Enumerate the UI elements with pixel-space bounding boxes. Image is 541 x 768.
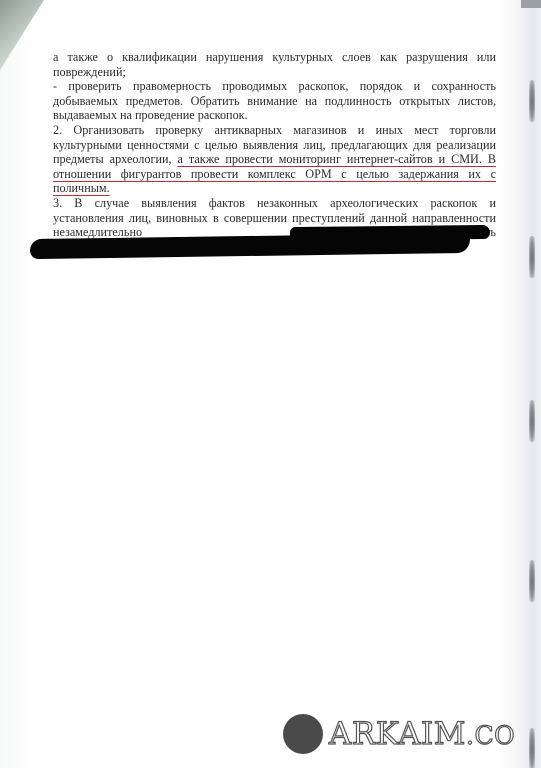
watermark-logo: ARKAIM.CO bbox=[283, 714, 515, 754]
punch-hole-mark bbox=[529, 728, 535, 768]
punch-hole-mark bbox=[529, 80, 535, 122]
punch-hole-mark bbox=[529, 400, 535, 442]
watermark-suffix: .CO bbox=[466, 721, 515, 750]
paragraph-antique-shops: 2. Организовать проверку антикварных маг… bbox=[53, 123, 496, 196]
document-body: а также о квалификации нарушения культур… bbox=[53, 50, 496, 240]
folded-corner bbox=[0, 0, 44, 70]
page-edge-binding bbox=[521, 0, 541, 768]
watermark-text: ARKAIM.CO bbox=[329, 719, 515, 750]
scanned-page: а также о квалификации нарушения культур… bbox=[0, 0, 541, 768]
watermark-name: ARKAIM bbox=[329, 716, 466, 752]
punch-hole-mark bbox=[529, 560, 535, 602]
circle-dot-icon bbox=[283, 714, 323, 754]
paragraph-check-excavations: - проверить правомерность проводимых рас… bbox=[53, 79, 496, 123]
paragraph-cultural-layers: а также о квалификации нарушения культур… bbox=[53, 50, 496, 79]
punch-hole-mark bbox=[529, 236, 535, 278]
page-edge-bar bbox=[521, 0, 541, 8]
